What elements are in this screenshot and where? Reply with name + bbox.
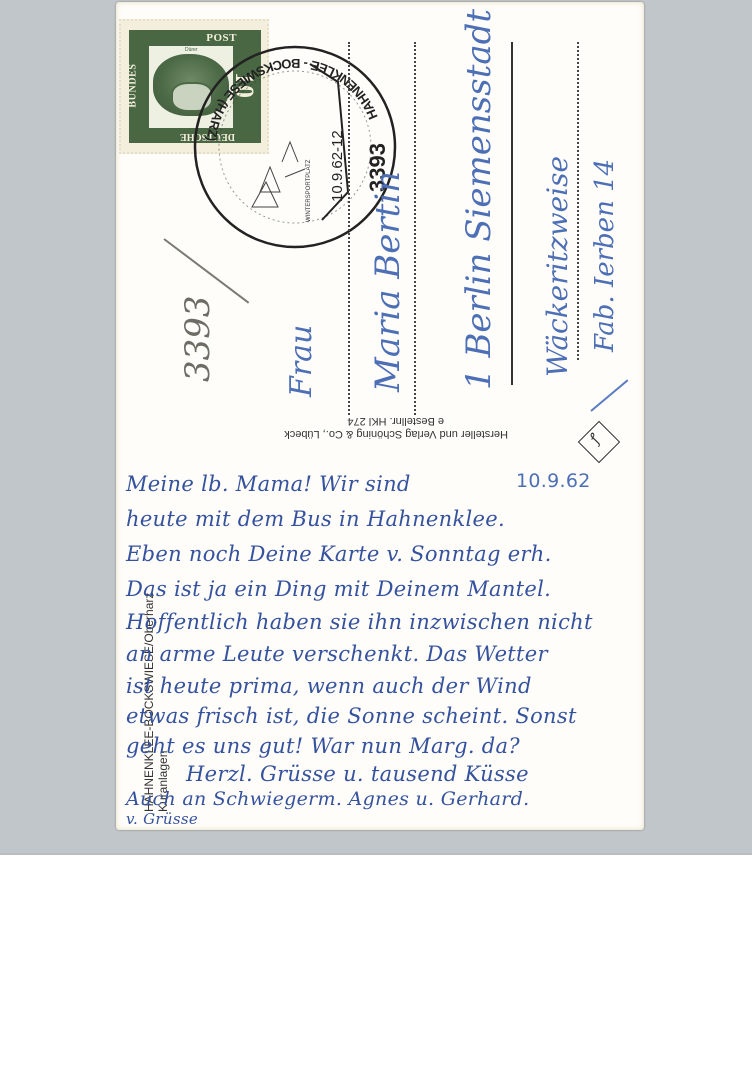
printer-line-2: e Bestellnr. HKl 274 (208, 414, 508, 427)
printer-imprint: Hersteller und Verlag Schöning & Co., Lü… (208, 414, 508, 440)
address-dash-mark (590, 379, 628, 411)
address-salutation: Frau (284, 325, 319, 397)
postcard: Dürer POST BUNDES DEUTSCHE 10 HAHNENKLEE… (116, 2, 644, 830)
address-detail: Fab. Ierben 14 (590, 159, 620, 352)
message-line: Das ist ja ein Ding mit Deinem Mantel. (126, 577, 551, 601)
message-date: 10.9.62 (516, 470, 591, 492)
pencil-number: 3393 (178, 295, 218, 382)
message-line: Hoffentlich haben sie ihn inzwischen nic… (126, 610, 593, 634)
address-street: Wäckeritzweise (541, 156, 574, 377)
message-line: Meine lb. Mama! Wir sind (126, 472, 411, 496)
address-line-4 (577, 42, 579, 360)
message-line: etwas frisch ist, die Sonne scheint. Son… (126, 704, 577, 728)
address-line-3 (511, 42, 513, 385)
svg-text:HAHNENKLEE - BOCKSWIESE (HARZ): HAHNENKLEE - BOCKSWIESE (HARZ) (190, 42, 381, 176)
stamp-country-left: BUNDES (128, 63, 139, 107)
message-line: ist heute prima, wenn auch der Wind (126, 674, 532, 698)
message-line: geht es uns gut! War nun Marg. da? (126, 734, 520, 758)
message-line: v. Grüsse (126, 810, 198, 828)
postmark-inner-text: WINTERSPORTPLATZ (306, 159, 312, 222)
message-line: Herzl. Grüsse u. tausend Küsse (186, 762, 529, 786)
message-line: Auch an Schwiegerm. Agnes u. Gerhard. (126, 788, 529, 810)
address-city: 1 Berlin Siemensstadt (459, 9, 499, 390)
postmark-ring-text: HAHNENKLEE - BOCKSWIESE (HARZ) (190, 42, 381, 176)
address-line-2 (414, 42, 416, 415)
address-name: Maria Bertin (368, 171, 408, 392)
address-line-1 (348, 42, 350, 415)
postmark-date: 10.9.62-12 (329, 130, 346, 202)
message-line: heute mit dem Bus in Hahnenklee. (126, 507, 505, 531)
message-line: Eben noch Deine Karte v. Sonntag erh. (126, 542, 552, 566)
printer-line-1: Hersteller und Verlag Schöning & Co., Lü… (208, 427, 508, 440)
message-line: an arme Leute verschenkt. Das Wetter (126, 642, 548, 666)
